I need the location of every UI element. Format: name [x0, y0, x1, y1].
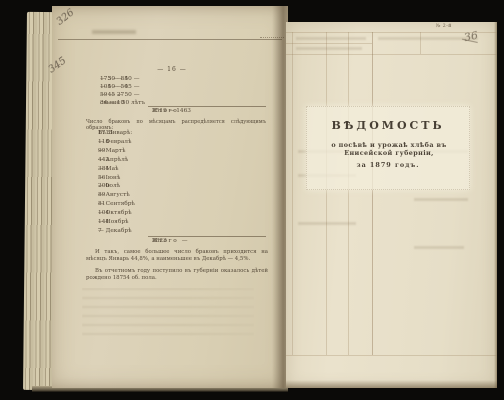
title-label-block: ВѢДОМОСТЬ о посѣвѣ и урожаѣ хлѣба въ Ени…	[306, 106, 470, 190]
faint-grid-vline	[348, 32, 349, 355]
month-value: 384	[98, 166, 109, 172]
faint-grid-vline	[372, 32, 373, 355]
month-value: 99	[98, 148, 105, 154]
faint-grid-vline	[326, 32, 327, 355]
age-table-row: — 40 — 45 — 105 — 50	[100, 84, 240, 92]
age-row-values: 175 — 85	[100, 76, 128, 82]
month-value: 118	[98, 139, 109, 145]
month-label: — Декабрѣ	[98, 228, 132, 234]
month-row: — Іюнѣ 56	[98, 175, 244, 183]
faint-text-smudge	[414, 198, 468, 201]
months-total-value: 3823	[152, 238, 167, 244]
top-rule-line	[58, 39, 282, 40]
right-page-bottom-edge	[286, 380, 497, 388]
left-page-number: — 16 —	[112, 66, 232, 73]
month-value: 144	[98, 219, 109, 225]
month-row: — Сентябрѣ 81	[98, 201, 244, 209]
month-row: — Октябрѣ 104	[98, 210, 244, 218]
age-row-values: 34 — 10	[100, 100, 124, 106]
month-value: 89	[98, 192, 105, 198]
faint-text-smudge	[298, 222, 356, 225]
right-page-table-leaf: № 2-й 36 ВѢДОМОСТЬ о посѣвѣ и урожаѣ хлѣ…	[286, 22, 497, 388]
month-row: — Февралѣ 118	[98, 139, 244, 147]
faint-grid-hline	[286, 43, 372, 44]
faint-grid-vline	[420, 32, 421, 54]
age-table-row: — 45 — 50 — 59 — 27	[100, 92, 240, 100]
month-row: — Ноябрѣ 144	[98, 219, 244, 227]
summary-paragraph-2: Въ отчетномъ году поступило въ губернiи …	[86, 268, 268, 283]
scanned-book-spread: — 16 — — 30 — 40 — 175 — 85 — 40 — 45 — …	[0, 0, 504, 400]
months-total-rule	[148, 236, 266, 237]
document-number: № 2-й	[436, 24, 452, 29]
right-page-right-edge	[494, 22, 497, 388]
month-value: 7	[98, 228, 102, 234]
previous-page-text-smudge	[92, 30, 136, 34]
month-row: — Апрѣлѣ 442	[98, 157, 244, 165]
month-value: 56	[98, 175, 105, 181]
left-page: — 16 — — 30 — 40 — 175 — 85 — 40 — 45 — …	[52, 6, 288, 388]
faint-text-smudge	[414, 246, 464, 249]
age-total-values: 3519 — 1463	[152, 108, 191, 114]
pencil-folio-number: 36	[463, 29, 479, 45]
month-row: — Іюлѣ 200	[98, 183, 244, 191]
month-row: — Августѣ 89	[98, 192, 244, 200]
vedomost-subtitle: о посѣвѣ и урожаѣ хлѣба въ Енисейской гу…	[311, 141, 467, 157]
month-row: — Мартѣ 99	[98, 148, 244, 156]
vedomost-year-line: за 1879 годъ.	[307, 161, 469, 169]
faint-text-smudge	[296, 37, 366, 40]
month-value: 104	[98, 210, 109, 216]
faint-grid-hline	[286, 54, 497, 55]
age-row-values: 59 — 27	[100, 92, 124, 98]
faint-text-smudge	[296, 47, 362, 50]
faint-grid-hline	[286, 355, 497, 356]
month-row: — Декабрѣ 7	[98, 228, 244, 236]
month-value: 442	[98, 157, 109, 163]
month-value: 200	[98, 183, 109, 189]
age-row-values: 105 — 50	[100, 84, 128, 90]
month-row: — Маѣ 384	[98, 166, 244, 174]
vedomost-title: ВѢДОМОСТЬ	[307, 119, 469, 132]
age-table-row: — 30 — 40 — 175 — 85	[100, 76, 240, 84]
faint-grid-vline	[292, 32, 293, 355]
month-value: 1713	[98, 130, 113, 136]
summary-paragraph-1: И такъ, самое большее число браковъ прих…	[86, 249, 268, 264]
verso-show-through	[82, 288, 254, 336]
month-row: Въ Январѣ: 1713	[98, 130, 244, 138]
age-total-rule	[148, 106, 266, 107]
month-value: 81	[98, 201, 105, 207]
